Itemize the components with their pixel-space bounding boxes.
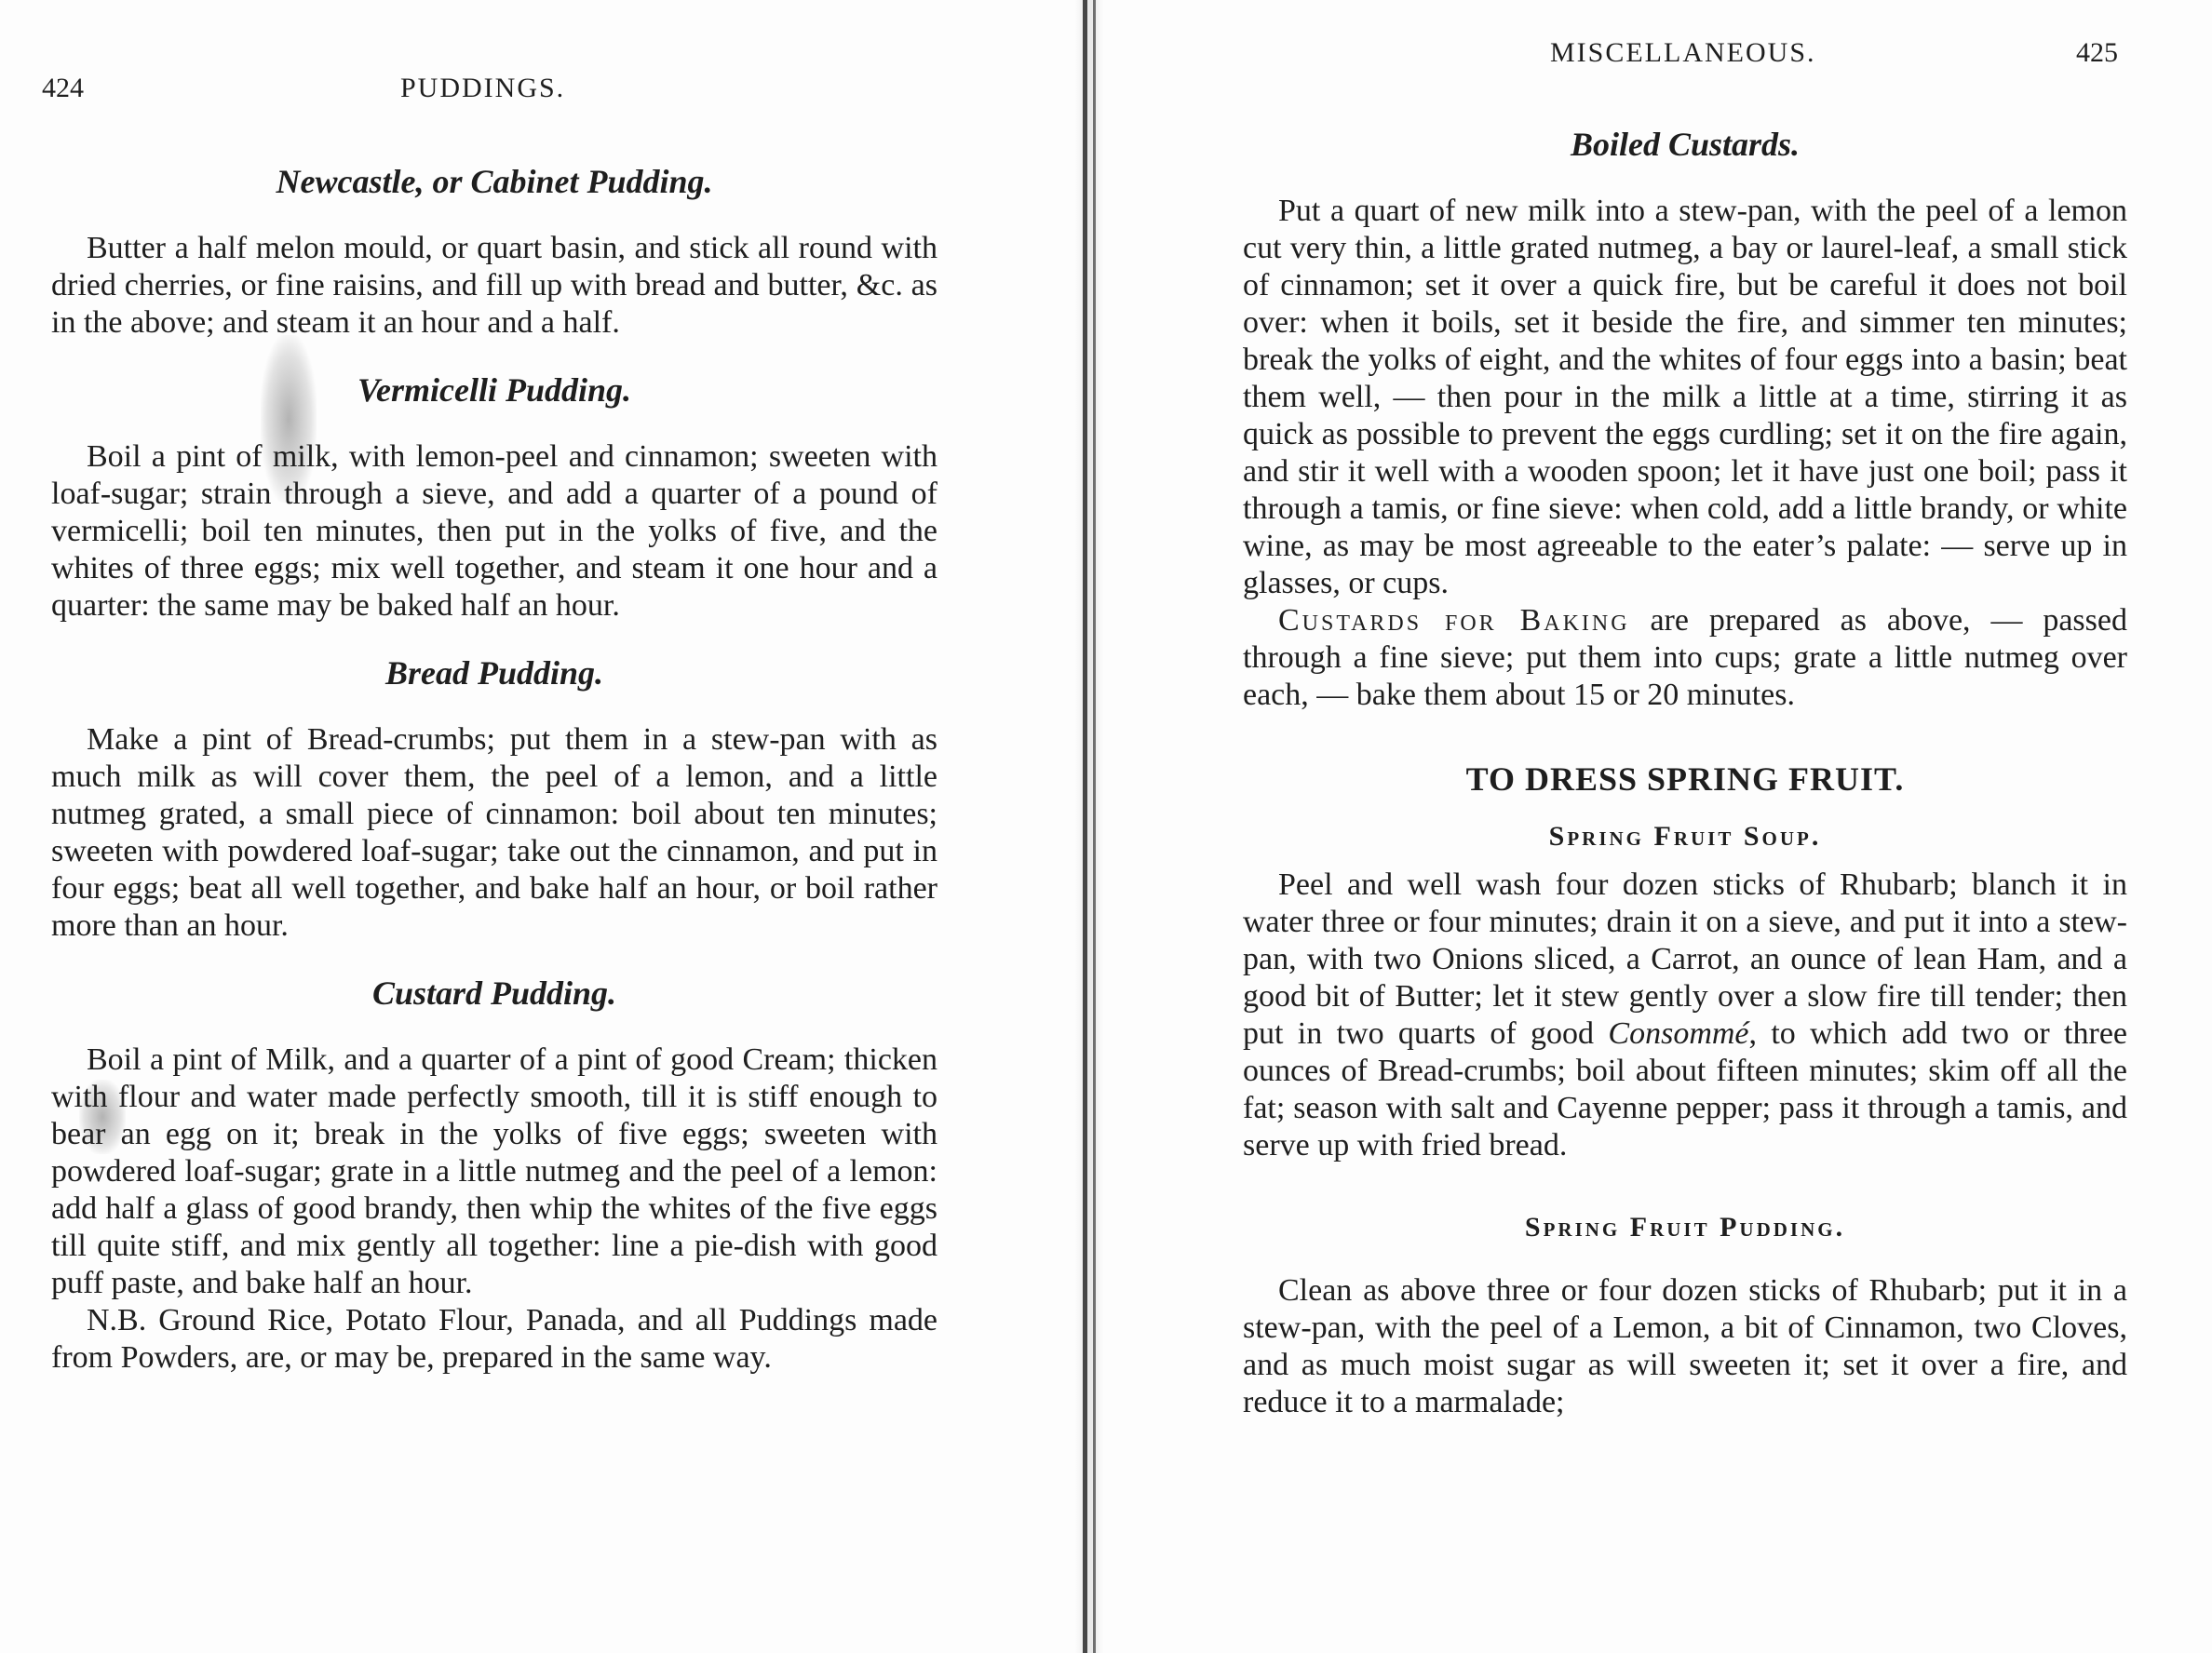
recipe-title: Custard Pudding.: [51, 974, 937, 1012]
running-head: PUDDINGS.: [400, 73, 565, 104]
page-number: 425: [2076, 37, 2118, 69]
recipe-title: Spring Fruit Pudding.: [1243, 1209, 2127, 1246]
recipe-paragraph: Boil a pint of milk, with lemon-peel and…: [51, 438, 937, 625]
recipe-paragraph: Peel and well wash four dozen sticks of …: [1243, 867, 2127, 1164]
recipe-title: Vermicelli Pudding.: [51, 371, 937, 409]
book-gutter: [1075, 0, 1103, 1653]
right-column: Boiled Custards. Put a quart of new milk…: [1243, 126, 2127, 1421]
recipe-title: Newcastle, or Cabinet Pudding.: [51, 163, 937, 200]
chapter-title: TO DRESS SPRING FRUIT.: [1243, 760, 2127, 798]
left-column: Newcastle, or Cabinet Pudding. Butter a …: [51, 163, 937, 1377]
recipe-paragraph: Make a pint of Bread-crumbs; put them in…: [51, 721, 937, 945]
note-paragraph: N.B. Ground Rice, Potato Flour, Panada, …: [51, 1302, 937, 1377]
small-caps-lead: Custards for Baking: [1278, 603, 1630, 638]
right-page: MISCELLANEOUS. 425 Boiled Custards. Put …: [1108, 0, 2212, 1653]
recipe-paragraph: Boil a pint of Milk, and a quarter of a …: [51, 1042, 937, 1302]
recipe-title: Bread Pudding.: [51, 654, 937, 692]
recipe-paragraph: Butter a half melon mould, or quart basi…: [51, 230, 937, 342]
recipe-paragraph: Clean as above three or four dozen stick…: [1243, 1272, 2127, 1421]
recipe-paragraph: Put a quart of new milk into a stew-pan,…: [1243, 193, 2127, 602]
recipe-title: Boiled Custards.: [1243, 126, 2127, 163]
recipe-paragraph: Custards for Baking are prepared as abov…: [1243, 602, 2127, 714]
running-head: MISCELLANEOUS.: [1550, 37, 1816, 69]
left-page: 424 PUDDINGS. Newcastle, or Cabinet Pudd…: [0, 0, 1071, 1653]
recipe-title: Spring Fruit Soup.: [1243, 818, 2127, 855]
page-number: 424: [42, 73, 84, 104]
